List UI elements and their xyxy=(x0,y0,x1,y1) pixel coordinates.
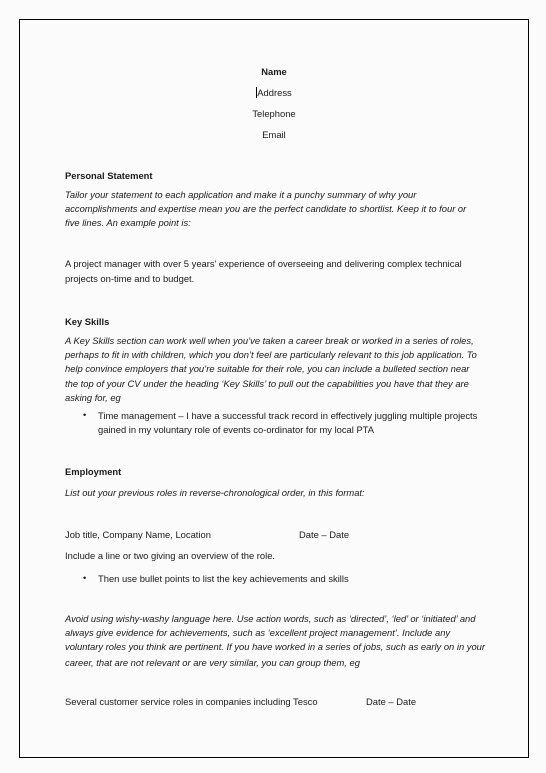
employment-heading: Employment xyxy=(65,465,121,479)
cv-page[interactable]: Name Address Telephone Email Personal St… xyxy=(19,19,529,758)
text-line: help convince employers that you’re suit… xyxy=(65,362,505,376)
key-skills-heading: Key Skills xyxy=(65,315,109,329)
text-line: Tailor your statement to each applicatio… xyxy=(65,188,495,202)
grouped-roles-dates: Date – Date xyxy=(366,695,416,709)
text-line: gained in my voluntary role of events co… xyxy=(98,423,498,437)
text-line: five lines. An example point is: xyxy=(65,216,495,230)
key-skill-bullet: Time management – I have a successful tr… xyxy=(98,409,498,437)
job-dates: Date – Date xyxy=(299,528,349,542)
text-line: A Key Skills section can work well when … xyxy=(65,334,505,348)
text-line: A project manager with over 5 years’ exp… xyxy=(65,257,495,271)
address-field[interactable]: Address xyxy=(20,86,528,100)
personal-statement-example: A project manager with over 5 years’ exp… xyxy=(65,257,495,286)
telephone-field[interactable]: Telephone xyxy=(20,107,528,121)
text-line: voluntary roles you think are pertinent.… xyxy=(65,640,510,654)
bullet-icon: • xyxy=(83,409,86,420)
employment-instruction: List out your previous roles in reverse-… xyxy=(65,486,365,500)
text-line: perhaps to fit in with children, which y… xyxy=(65,348,505,362)
text-line: accomplishments and expertise mean you a… xyxy=(65,202,495,216)
job-line: Job title, Company Name, Location xyxy=(65,528,211,542)
text-line: career, that are not relevant or are ver… xyxy=(65,656,510,670)
personal-statement-heading: Personal Statement xyxy=(65,169,153,183)
text-line: the top of your CV under the heading ‘Ke… xyxy=(65,377,505,391)
address-text: Address xyxy=(257,87,291,98)
text-line: always give evidence for achievements, s… xyxy=(65,626,510,640)
employment-advice: Avoid using wishy-washy language here. U… xyxy=(65,612,510,670)
achievements-bullet: Then use bullet points to list the key a… xyxy=(98,572,349,586)
text-line: Time management – I have a successful tr… xyxy=(98,409,498,423)
text-line: Avoid using wishy-washy language here. U… xyxy=(65,612,510,626)
personal-statement-instructions: Tailor your statement to each applicatio… xyxy=(65,188,495,231)
email-field[interactable]: Email xyxy=(20,128,528,142)
text-line: projects on-time and to budget. xyxy=(65,272,495,286)
name-field[interactable]: Name xyxy=(20,65,528,79)
key-skills-instructions: A Key Skills section can work well when … xyxy=(65,334,505,405)
bullet-icon: • xyxy=(83,572,86,583)
grouped-roles-line: Several customer service roles in compan… xyxy=(65,695,318,709)
role-overview: Include a line or two giving an overview… xyxy=(65,549,275,563)
text-line: asking for, eg xyxy=(65,391,505,405)
